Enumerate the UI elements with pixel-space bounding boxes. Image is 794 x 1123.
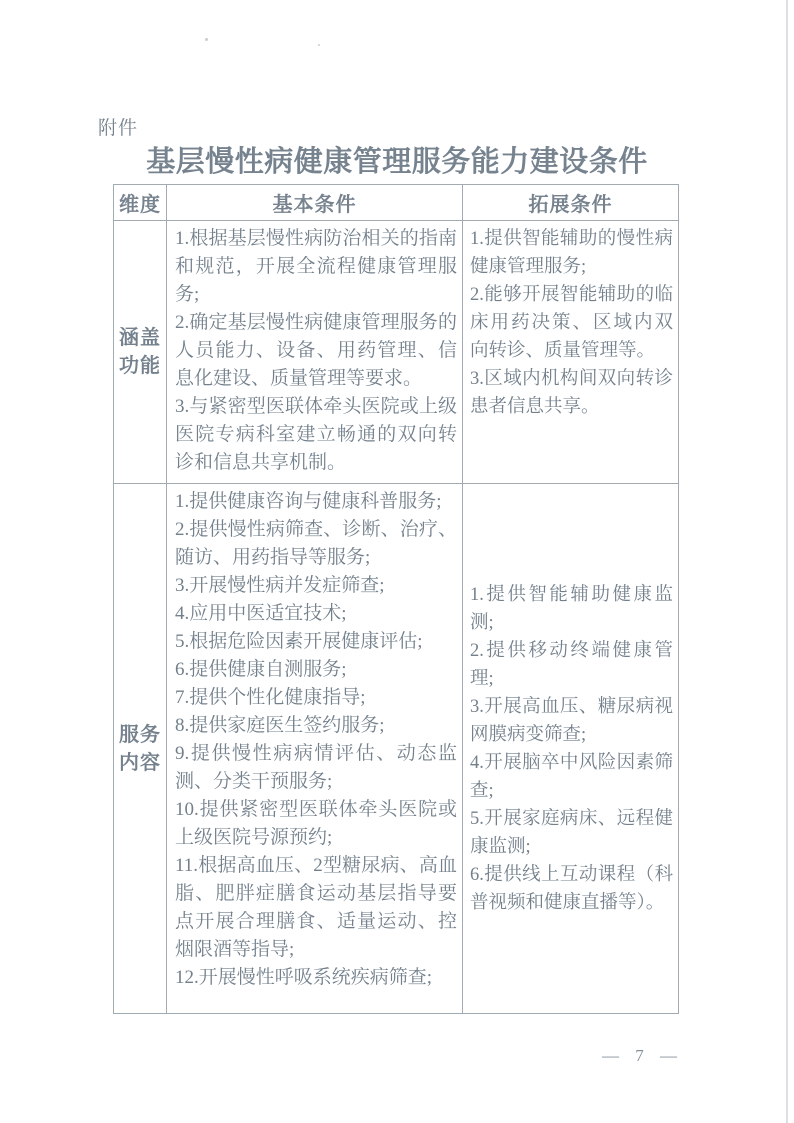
- scan-speck: [205, 38, 208, 41]
- document-page: 附件 基层慢性病健康管理服务能力建设条件 维度 基本条件 拓展条件 涵盖功能 1…: [0, 0, 794, 1123]
- cell-extended-service-content: 1.提供智能辅助健康监测; 2.提供移动终端健康管理; 3.开展高血压、糖尿病视…: [463, 484, 679, 1014]
- conditions-table: 维度 基本条件 拓展条件 涵盖功能 1.根据基层慢性病防治相关的指南和规范，开展…: [113, 184, 679, 1014]
- cell-extended-covered-functions: 1.提供智能辅助的慢性病健康管理服务; 2.能够开展智能辅助的临床用药决策、区域…: [463, 221, 679, 484]
- table-header-row: 维度 基本条件 拓展条件: [114, 185, 679, 221]
- cell-basic-covered-functions: 1.根据基层慢性病防治相关的指南和规范，开展全流程健康管理服务; 2.确定基层慢…: [167, 221, 463, 484]
- col-header-basic-conditions: 基本条件: [167, 185, 463, 221]
- scan-speck: [318, 44, 320, 46]
- page-number: — 7 —: [0, 1046, 678, 1066]
- page-title: 基层慢性病健康管理服务能力建设条件: [0, 139, 794, 180]
- table-row-service-content: 服务内容 1.提供健康咨询与健康科普服务; 2.提供慢性病筛查、诊断、治疗、随访…: [114, 484, 679, 1014]
- cell-basic-service-content: 1.提供健康咨询与健康科普服务; 2.提供慢性病筛查、诊断、治疗、随访、用药指导…: [167, 484, 463, 1014]
- row-label-covered-functions: 涵盖功能: [114, 221, 167, 484]
- col-header-dimension: 维度: [114, 185, 167, 221]
- table-row-covered-functions: 涵盖功能 1.根据基层慢性病防治相关的指南和规范，开展全流程健康管理服务; 2.…: [114, 221, 679, 484]
- row-label-service-content: 服务内容: [114, 484, 167, 1014]
- col-header-extended-conditions: 拓展条件: [463, 185, 679, 221]
- scan-edge-line: [786, 0, 788, 1123]
